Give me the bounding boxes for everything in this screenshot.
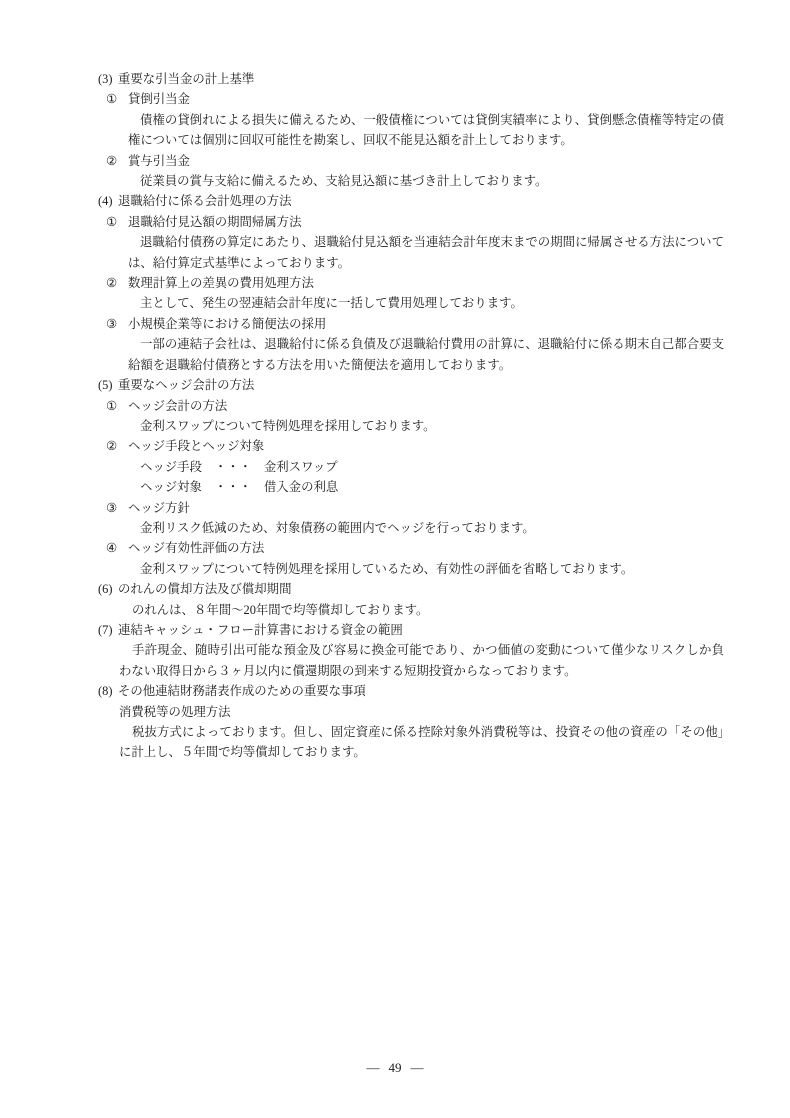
item-heading: ③ヘッジ方針 — [98, 498, 724, 518]
item-heading: ②賞与引当金 — [98, 151, 724, 171]
item-marker: ② — [106, 436, 128, 456]
item-marker: ① — [106, 396, 128, 416]
section-heading: (5)重要なヘッジ会計の方法 — [98, 375, 724, 395]
item-heading: ①貸倒引当金 — [98, 89, 724, 109]
paragraph: 金利スワップについて特例処理を採用しているため、有効性の評価を省略しております。 — [128, 559, 724, 579]
item-title: 貸倒引当金 — [128, 89, 724, 109]
item-title: ヘッジ会計の方法 — [128, 396, 724, 416]
text-line: ヘッジ対象 ・・・ 借入金の利息 — [128, 477, 724, 497]
item-title: ヘッジ方針 — [128, 498, 724, 518]
section-heading: (7)連結キャッシュ・フロー計算書における資金の範囲 — [98, 620, 724, 640]
paragraph: 一部の連結子会社は、退職給付に係る負債及び退職給付費用の計算に、退職給付に係る期… — [128, 334, 724, 375]
section-title: 重要な引当金の計上基準 — [118, 69, 724, 89]
section-title: 重要なヘッジ会計の方法 — [118, 375, 724, 395]
item-heading: ④ヘッジ有効性評価の方法 — [98, 538, 724, 558]
item-heading: ①退職給付見込額の期間帰属方法 — [98, 212, 724, 232]
item-marker: ③ — [106, 314, 128, 334]
paragraph: 主として、発生の翌連結会計年度に一括して費用処理しております。 — [128, 293, 724, 313]
page-number: 49 — [389, 1058, 402, 1078]
item-title: 小規模企業等における簡便法の採用 — [128, 314, 724, 334]
paragraph: 手許現金、随時引出可能な預金及び容易に換金可能であり、かつ価値の変動について僅少… — [119, 640, 724, 681]
section-title: 退職給付に係る会計処理の方法 — [118, 191, 724, 211]
footer-dash-left: ― — [367, 1058, 380, 1078]
paragraph: 税抜方式によっております。但し、固定資産に係る控除対象外消費税等は、投資その他の… — [119, 722, 724, 763]
document-content: (3)重要な引当金の計上基準①貸倒引当金債権の貸倒れによる損失に備えるため、一般… — [98, 69, 724, 763]
item-marker: ① — [106, 212, 128, 232]
section-heading: (3)重要な引当金の計上基準 — [98, 69, 724, 89]
section-heading: (6)のれんの償却方法及び償却期間 — [98, 579, 724, 599]
paragraph: 退職給付債務の算定にあたり、退職給付見込額を当連結会計年度末までの期間に帰属させ… — [128, 232, 724, 273]
item-marker: ① — [106, 89, 128, 109]
footer-dash-right: ― — [411, 1058, 424, 1078]
document-page: (3)重要な引当金の計上基準①貸倒引当金債権の貸倒れによる損失に備えるため、一般… — [0, 0, 790, 1118]
section-number: (5) — [98, 375, 118, 395]
item-heading: ①ヘッジ会計の方法 — [98, 396, 724, 416]
paragraph: 金利スワップについて特例処理を採用しております。 — [128, 416, 724, 436]
section-heading: (4)退職給付に係る会計処理の方法 — [98, 191, 724, 211]
item-heading: ③小規模企業等における簡便法の採用 — [98, 314, 724, 334]
paragraph: のれんは、８年間～20年間で均等償却しております。 — [119, 600, 724, 620]
item-marker: ② — [106, 273, 128, 293]
section-title: のれんの償却方法及び償却期間 — [118, 579, 724, 599]
paragraph: 金利リスク低減のため、対象債務の範囲内でヘッジを行っております。 — [128, 518, 724, 538]
item-title: 賞与引当金 — [128, 151, 724, 171]
paragraph: 従業員の賞与支給に備えるため、支給見込額に基づき計上しております。 — [128, 171, 724, 191]
item-marker: ② — [106, 151, 128, 171]
item-heading: ②数理計算上の差異の費用処理方法 — [98, 273, 724, 293]
section-number: (8) — [98, 681, 118, 701]
section-title: その他連結財務諸表作成のための重要な事項 — [118, 681, 724, 701]
item-heading: ②ヘッジ手段とヘッジ対象 — [98, 436, 724, 456]
item-marker: ③ — [106, 498, 128, 518]
section-heading: (8)その他連結財務諸表作成のための重要な事項 — [98, 681, 724, 701]
item-title: 数理計算上の差異の費用処理方法 — [128, 273, 724, 293]
section-title: 連結キャッシュ・フロー計算書における資金の範囲 — [118, 620, 724, 640]
paragraph: 債権の貸倒れによる損失に備えるため、一般債権については貸倒実績率により、貸倒懸念… — [128, 110, 724, 151]
item-title: 退職給付見込額の期間帰属方法 — [128, 212, 724, 232]
subheading: 消費税等の処理方法 — [119, 702, 724, 722]
section-number: (6) — [98, 579, 118, 599]
text-line: ヘッジ手段 ・・・ 金利スワップ — [128, 457, 724, 477]
item-title: ヘッジ有効性評価の方法 — [128, 538, 724, 558]
item-title: ヘッジ手段とヘッジ対象 — [128, 436, 724, 456]
section-number: (3) — [98, 69, 118, 89]
page-footer: ― 49 ― — [0, 1058, 790, 1078]
section-number: (7) — [98, 620, 118, 640]
item-marker: ④ — [106, 538, 128, 558]
section-number: (4) — [98, 191, 118, 211]
